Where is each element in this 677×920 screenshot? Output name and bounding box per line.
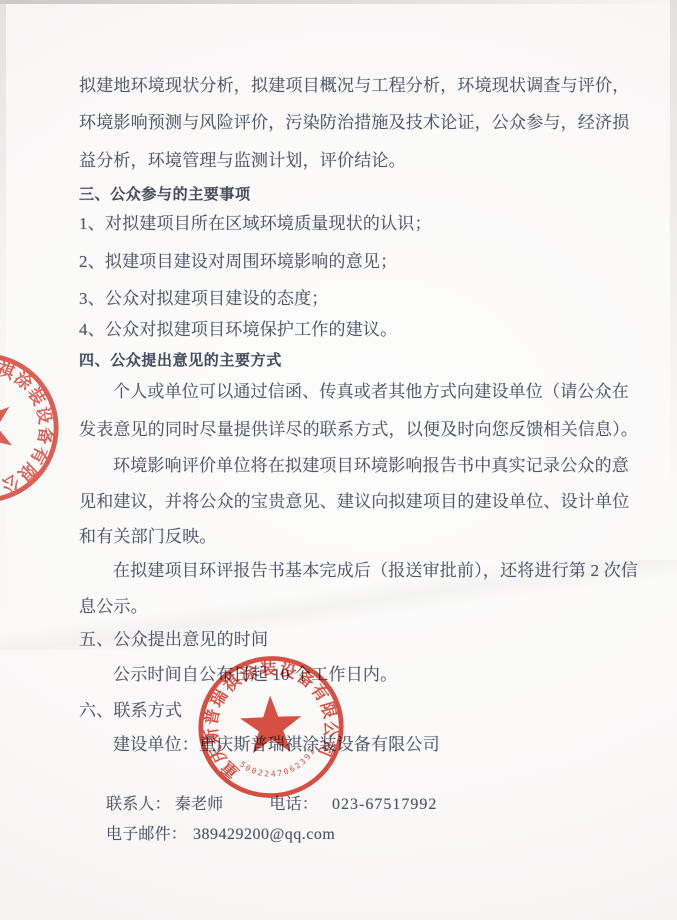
section-heading-3: 三、公众参与的主要事项 xyxy=(79,184,251,205)
contact-phone-number: 023-67517992 xyxy=(332,796,437,813)
section-heading-5: 五、公众提出意见的时间 xyxy=(79,629,268,650)
section-heading-6: 六、联系方式 xyxy=(79,700,182,721)
list-item-4: 4、公众对拟建项目环境保护工作的建议。 xyxy=(79,319,397,340)
scan-edge-right xyxy=(670,0,677,506)
svg-text:重庆斯普瑞祺涂装设备有限公司: 重庆斯普瑞祺涂装设备有限公司 xyxy=(0,326,85,513)
contact-person-label: 联系人： xyxy=(106,796,171,813)
email-address: 389429200@qq.com xyxy=(193,826,335,843)
list-item-3: 3、公众对拟建项目建设的态度； xyxy=(79,288,329,309)
doc-line-13: 见和建议，并将公众的宝贵意见、建议向拟建项目的建设单位、设计单位 xyxy=(79,491,629,512)
seal-company-name: 重庆斯普瑞祺涂装设备有限公司 xyxy=(0,326,85,513)
doc-line-1: 拟建地环境现状分析，拟建项目概况与工程分析，环境现状调查与评价， xyxy=(79,75,629,96)
seal-serial-number: 5002247062392 xyxy=(237,744,322,786)
doc-line-2: 环境影响预测与风险评价，污染防治措施及技术论证，公众参与，经济损 xyxy=(79,112,629,133)
star-icon xyxy=(239,694,302,753)
email-line: 电子邮件：389429200@qq.com xyxy=(106,824,335,845)
svg-text:5002247062392: 5002247062392 xyxy=(237,744,322,786)
email-label: 电子邮件： xyxy=(106,826,187,843)
company-seal-stamp: 重庆斯普瑞祺涂装设备有限公司 5002247062392 xyxy=(181,639,360,815)
doc-line-16: 息公示。 xyxy=(79,596,148,617)
doc-line-15: 在拟建项目环评报告书基本完成后（报送审批前），还将进行第 2 次信 xyxy=(113,560,638,581)
doc-line-14: 和有关部门反映。 xyxy=(79,526,217,547)
scanned-document-page: 拟建地环境现状分析，拟建项目概况与工程分析，环境现状调查与评价， 环境影响预测与… xyxy=(0,0,677,920)
doc-line-10: 个人或单位可以通过信函、传真或者其他方式向建设单位（请公众在 xyxy=(113,381,629,402)
doc-line-12: 环境影响评价单位将在拟建项目环境影响报告书中真实记录公众的意 xyxy=(113,455,629,476)
list-item-1: 1、对拟建项目所在区域环境质量现状的认识； xyxy=(79,213,432,234)
list-item-2: 2、拟建项目建设对周围环境影响的意见； xyxy=(79,251,397,272)
scan-edge-top xyxy=(0,0,677,4)
section-heading-4: 四、公众提出意见的主要方式 xyxy=(79,350,282,371)
doc-line-3: 益分析，环境管理与监测计划，评价结论。 xyxy=(79,150,406,171)
doc-line-11: 发表意见的同时尽量提供详尽的联系方式，以便及时向您反馈相关信息）。 xyxy=(79,419,638,440)
